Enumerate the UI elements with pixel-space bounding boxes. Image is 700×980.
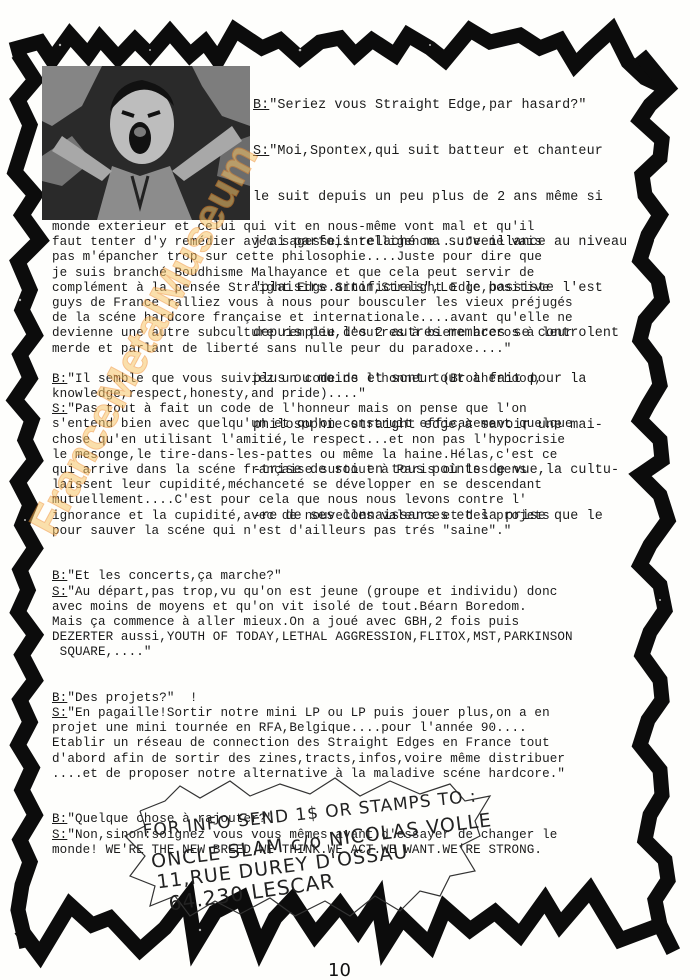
line-text: "Pas tout à fait un code de l'honneur ma… bbox=[67, 402, 526, 416]
dialogue-line: B:"Des projets?" ! bbox=[52, 691, 573, 706]
text-line: SQUARE,...." bbox=[52, 645, 573, 660]
text-line: le mesonge,le tire-dans-les-pattes ou mê… bbox=[52, 448, 573, 463]
speaker-label: B: bbox=[52, 569, 67, 583]
line-text: "Et les concerts,ça marche?" bbox=[67, 569, 281, 583]
text-line: d'abord afin de sortir des zines,tracts,… bbox=[52, 752, 573, 767]
line-text: je suis branché Boudhisme Malhayance et … bbox=[52, 266, 534, 280]
line-text: d'abord afin de sortir des zines,tracts,… bbox=[52, 752, 565, 766]
dialogue-line: B:"Il semble que vous suiviez un code de… bbox=[52, 372, 573, 387]
line-text: "Seriez vous Straight Edge,par hasard?" bbox=[269, 98, 586, 113]
speaker-label: S: bbox=[52, 402, 67, 416]
dialogue-line: S:"Pas tout à fait un code de l'honneur … bbox=[52, 402, 573, 417]
text-line: chose qu'en utilisant l'amitié,le respec… bbox=[52, 433, 573, 448]
line-text: knowledge,respect,honesty,and pride)....… bbox=[52, 387, 366, 401]
dialogue-line: B:"Et les concerts,ça marche?" bbox=[52, 569, 573, 584]
interview-body: monde exterieur et celui qui vit en nous… bbox=[52, 220, 573, 858]
line-text: Mais ça commence à aller mieux.On a joué… bbox=[52, 615, 519, 629]
speaker-label: S: bbox=[52, 585, 67, 599]
line-text: "Il semble que vous suiviez un code de l… bbox=[67, 372, 542, 386]
text-line: knowledge,respect,honesty,and pride)....… bbox=[52, 387, 573, 402]
text-line: s'entend bien avec quelqu'un et qu'on co… bbox=[52, 417, 573, 432]
line-text: de la scéne hardcore française et intern… bbox=[52, 311, 573, 325]
text-line bbox=[52, 357, 573, 372]
text-line: Mais ça commence à aller mieux.On a joué… bbox=[52, 615, 573, 630]
line-text: qui arrive dans la scéne française surto… bbox=[52, 463, 527, 477]
line-text: monde exterieur et celui qui vit en nous… bbox=[52, 220, 534, 234]
line-text: laissent leur cupidité,méchanceté se dév… bbox=[52, 478, 542, 492]
text-line: ignorance et la cupidité,avec de nouvell… bbox=[52, 509, 573, 524]
text-line: mutuellement....C'est pour cela que nous… bbox=[52, 493, 573, 508]
text-line: guys de France ralliez vous à nous pour … bbox=[52, 296, 573, 311]
line-text: DEZERTER aussi,YOUTH OF TODAY,LETHAL AGG… bbox=[52, 630, 573, 644]
text-line bbox=[52, 676, 573, 691]
dialogue-line: S:"Au départ,pas trop,vu qu'on est jeune… bbox=[52, 585, 573, 600]
dialogue-line: S:"En pagaille!Sortir notre mini LP ou L… bbox=[52, 706, 573, 721]
screaming-man-photo bbox=[42, 66, 250, 220]
photo-illustration bbox=[42, 66, 250, 220]
line-text: avec moins de moyens et qu'on vit isolé … bbox=[52, 600, 527, 614]
line-text: "En pagaille!Sortir notre mini LP ou LP … bbox=[67, 706, 549, 720]
text-line: le suit depuis un peu plus de 2 ans même… bbox=[253, 190, 627, 205]
text-line: je suis branché Boudhisme Malhayance et … bbox=[52, 266, 573, 281]
line-text: projet une mini tournée en RFA,Belgique.… bbox=[52, 721, 527, 735]
zine-page: B:"Seriez vous Straight Edge,par hasard?… bbox=[0, 0, 700, 980]
text-line: faut tenter d'y remédier avec sagesse,in… bbox=[52, 235, 573, 250]
line-text: "Au départ,pas trop,vu qu'on est jeune (… bbox=[67, 585, 557, 599]
line-text: pour sauver la scéne qui n'est d'ailleur… bbox=[52, 524, 511, 538]
speaker-label: B: bbox=[52, 372, 67, 386]
page-number: 10 bbox=[328, 960, 351, 980]
line-text: chose qu'en utilisant l'amitié,le respec… bbox=[52, 433, 565, 447]
text-line: qui arrive dans la scéne française surto… bbox=[52, 463, 573, 478]
speaker-label: B: bbox=[253, 98, 269, 113]
text-line: pas m'épancher trop sur cette philosophi… bbox=[52, 250, 573, 265]
contact-address-flyer: FOR INFO SEND 1$ OR STAMPS TO : ONCLE SL… bbox=[120, 776, 500, 926]
line-text: le mesonge,le tire-dans-les-pattes ou mê… bbox=[52, 448, 557, 462]
text-line: de la scéne hardcore française et intern… bbox=[52, 311, 573, 326]
text-line: avec moins de moyens et qu'on vit isolé … bbox=[52, 600, 573, 615]
text-line: pour sauver la scéne qui n'est d'ailleur… bbox=[52, 524, 573, 539]
line-text: Etablir un réseau de connection des Stra… bbox=[52, 736, 550, 750]
speaker-label: S: bbox=[253, 144, 269, 159]
answer-line: S:"Moi,Spontex,qui suit batteur et chant… bbox=[253, 144, 627, 159]
line-text: complément à la pensée Straight Edge.Sin… bbox=[52, 281, 550, 295]
line-text: faut tenter d'y remédier avec sagesse,in… bbox=[52, 235, 542, 249]
line-text: merde et parlant de liberté sans nulle p… bbox=[52, 342, 511, 356]
line-text: SQUARE,...." bbox=[52, 645, 152, 659]
text-line: laissent leur cupidité,méchanceté se dév… bbox=[52, 478, 573, 493]
text-line bbox=[52, 660, 573, 675]
question-line: B:"Seriez vous Straight Edge,par hasard?… bbox=[253, 98, 627, 113]
speaker-label: B: bbox=[52, 812, 67, 826]
text-line: merde et parlant de liberté sans nulle p… bbox=[52, 342, 573, 357]
line-text: ignorance et la cupidité,avec de nouvell… bbox=[52, 509, 550, 523]
line-text: "Des projets?" ! bbox=[67, 691, 197, 705]
line-text: "Moi,Spontex,qui suit batteur et chanteu… bbox=[269, 144, 603, 159]
line-text: s'entend bien avec quelqu'un et qu'on co… bbox=[52, 417, 573, 431]
text-line bbox=[52, 539, 573, 554]
line-text: devienne une autre subculture remplie d'… bbox=[52, 326, 573, 340]
line-text: pas m'épancher trop sur cette philosophi… bbox=[52, 250, 542, 264]
text-line: complément à la pensée Straight Edge.Sin… bbox=[52, 281, 573, 296]
text-line: devienne une autre subculture remplie d'… bbox=[52, 326, 573, 341]
text-line bbox=[52, 554, 573, 569]
text-line: monde exterieur et celui qui vit en nous… bbox=[52, 220, 573, 235]
text-line: DEZERTER aussi,YOUTH OF TODAY,LETHAL AGG… bbox=[52, 630, 573, 645]
text-line: Etablir un réseau de connection des Stra… bbox=[52, 736, 573, 751]
text-line: projet une mini tournée en RFA,Belgique.… bbox=[52, 721, 573, 736]
speaker-label: S: bbox=[52, 828, 67, 842]
line-text: mutuellement....C'est pour cela que nous… bbox=[52, 493, 527, 507]
speaker-label: S: bbox=[52, 706, 67, 720]
speaker-label: B: bbox=[52, 691, 67, 705]
line-text: guys de France ralliez vous à nous pour … bbox=[52, 296, 573, 310]
